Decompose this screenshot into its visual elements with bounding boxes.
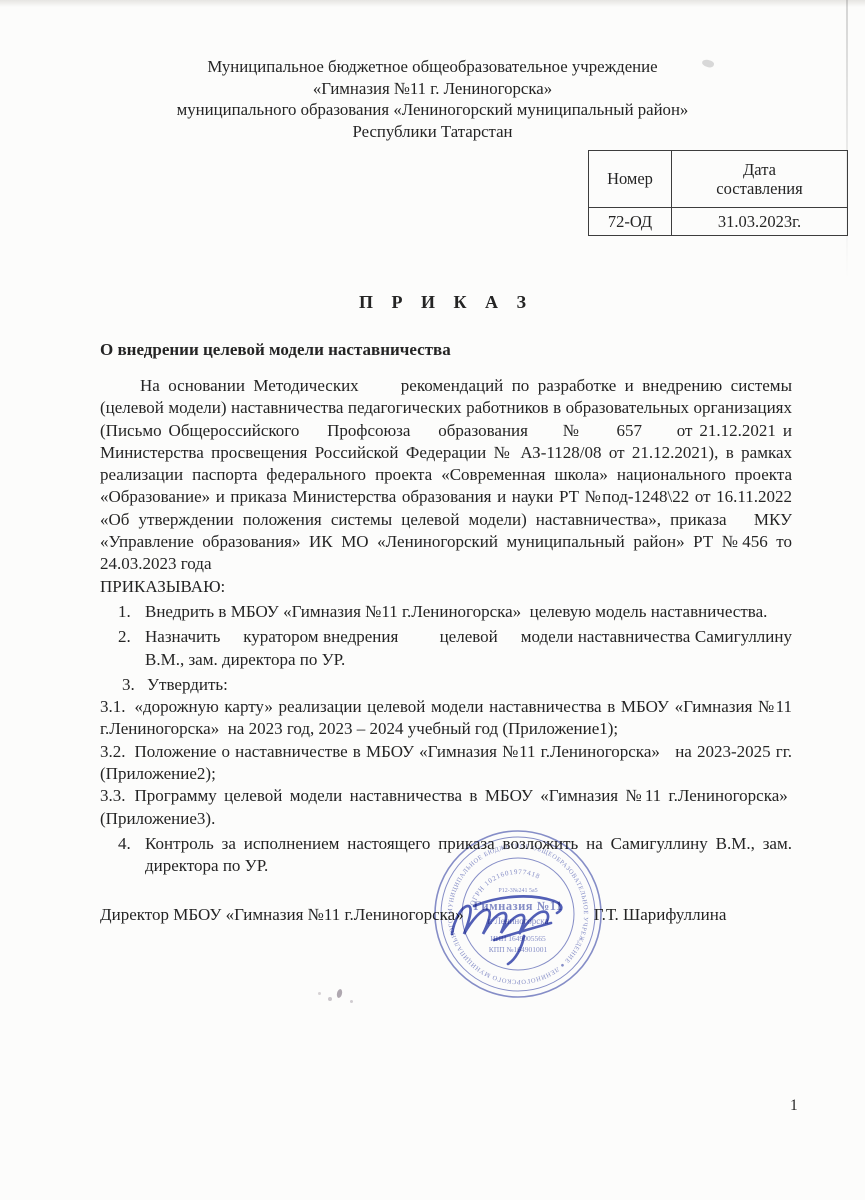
order-item-3-1: 3.1.«дорожную карту» реализации целевой … xyxy=(100,696,792,741)
org-header-line-4: Республики Татарстан xyxy=(0,121,865,143)
order-item-3-1-number: 3.1. xyxy=(100,697,135,716)
order-preamble-paragraph: На основании Методических рекомендаций п… xyxy=(100,375,792,576)
order-item-1-text: Внедрить в МБОУ «Гимназия №11 г.Лениного… xyxy=(145,601,792,623)
order-item-3-3: 3.3.Программу целевой модели наставничес… xyxy=(100,785,792,830)
scan-edge-top xyxy=(0,0,865,7)
organization-header: Муниципальное бюджетное общеобразователь… xyxy=(0,56,865,142)
order-item-3-1-text: «дорожную карту» реализации целевой моде… xyxy=(100,697,792,738)
signature-position-label: Директор МБОУ «Гимназия №11 г.Лениногорс… xyxy=(100,904,464,926)
ink-speck xyxy=(336,989,343,999)
order-item-2: 2. Назначить куратором внедрения целевой… xyxy=(100,626,792,671)
ink-speck xyxy=(350,1000,353,1003)
order-item-3-2-number: 3.2. xyxy=(100,742,135,761)
order-item-3-2: 3.2.Положение о наставничестве в МБОУ «Г… xyxy=(100,741,792,786)
signature-name: Г.Т. Шарифуллина xyxy=(594,904,727,926)
order-item-1-number: 1. xyxy=(118,601,145,623)
handwritten-signature xyxy=(438,876,608,980)
order-date-cell: 31.03.2023г. xyxy=(672,208,847,235)
order-body: На основании Методических рекомендаций п… xyxy=(100,375,792,926)
order-item-3-2-text: Положение о наставничестве в МБОУ «Гимна… xyxy=(100,742,792,783)
order-item-2-text: Назначить куратором внедрения целевой мо… xyxy=(145,626,792,671)
page-number: 1 xyxy=(790,1097,798,1115)
signature-row: Директор МБОУ «Гимназия №11 г.Лениногорс… xyxy=(100,904,792,926)
order-item-4-number: 4. xyxy=(118,833,145,878)
scanned-order-document: Муниципальное бюджетное общеобразователь… xyxy=(0,0,865,1200)
prikaz-label: ПРИКАЗЫВАЮ: xyxy=(100,576,792,598)
order-item-3-3-text: Программу целевой модели наставничества … xyxy=(100,786,792,827)
org-header-line-2: «Гимназия №11 г. Лениногорска» xyxy=(0,78,865,100)
order-item-3-text: Утвердить: xyxy=(147,674,792,696)
order-item-3-number: 3. xyxy=(122,674,147,696)
order-title: П Р И К А З xyxy=(100,292,792,313)
ink-speck xyxy=(318,992,321,995)
ink-speck xyxy=(328,997,332,1001)
order-meta-header-row: Номер Дата составления xyxy=(589,151,847,208)
order-item-1: 1. Внедрить в МБОУ «Гимназия №11 г.Ленин… xyxy=(100,601,792,623)
order-number-cell: 72-ОД xyxy=(589,208,672,235)
order-item-3-3-number: 3.3. xyxy=(100,786,135,805)
order-meta-table: Номер Дата составления 72-ОД 31.03.2023г… xyxy=(588,150,848,236)
order-item-2-number: 2. xyxy=(118,626,145,671)
order-meta-value-row: 72-ОД 31.03.2023г. xyxy=(589,208,847,235)
org-header-line-3: муниципального образования «Лениногорски… xyxy=(0,99,865,121)
org-header-line-1: Муниципальное бюджетное общеобразователь… xyxy=(0,56,865,78)
order-subject: О внедрении целевой модели наставничеств… xyxy=(100,340,451,360)
order-number-header-cell: Номер xyxy=(589,151,672,207)
order-date-header-cell: Дата составления xyxy=(672,151,847,207)
order-item-3: 3. Утвердить: xyxy=(100,674,792,696)
